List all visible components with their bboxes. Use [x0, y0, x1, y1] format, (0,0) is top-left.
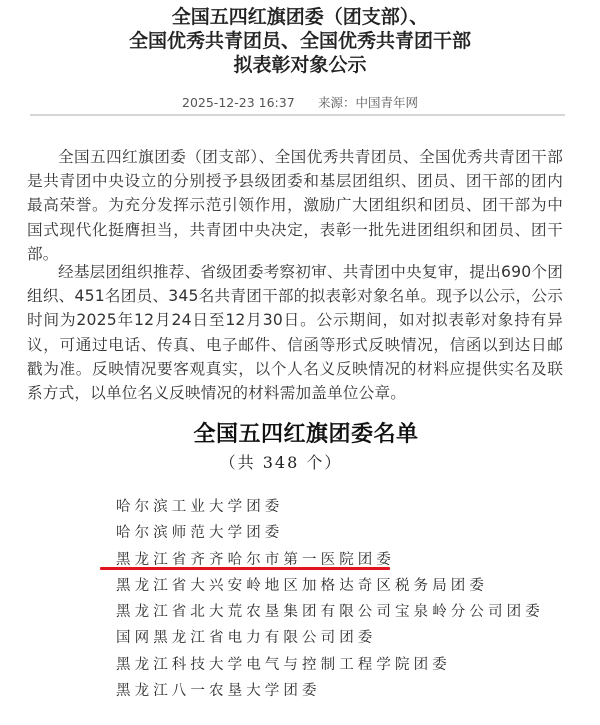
announcement-paragraph: 经基层团组织推荐、省级团委考察初审、共青团中央复审，提出690个团组织、451名… — [27, 260, 563, 405]
red-highlight-underline — [100, 567, 390, 570]
publish-datetime: 2025-12-23 16:37 — [182, 94, 295, 112]
list-item: 哈尔滨工业大学团委 — [116, 494, 544, 520]
title-line-2: 全国优秀共青团员、全国优秀共青团干部 — [0, 29, 600, 53]
list-heading: 全国五四红旗团委名单 — [0, 420, 600, 448]
title-line-1: 全国五四红旗团委（团支部）、 — [0, 5, 600, 29]
list-item: 黑龙江科技大学电气与控制工程学院团委 — [116, 652, 544, 678]
list-count: （共 348 个） — [0, 452, 562, 474]
article-source: 来源：中国青年网 — [318, 94, 418, 112]
intro-paragraph: 全国五四红旗团委（团支部）、全国优秀共青团员、全国优秀共青团干部是共青团中央设立… — [27, 145, 563, 266]
list-item: 黑龙江八一农垦大学团委 — [116, 678, 544, 704]
organization-list: 哈尔滨工业大学团委 哈尔滨师范大学团委 黑龙江省齐齐哈尔市第一医院团委 黑龙江省… — [116, 494, 544, 704]
article-meta: 2025-12-23 16:37 来源：中国青年网 — [0, 94, 600, 112]
list-item: 国网黑龙江省电力有限公司团委 — [116, 625, 544, 651]
title-divider — [30, 114, 565, 116]
title-line-3: 拟表彰对象公示 — [0, 53, 600, 77]
article-title: 全国五四红旗团委（团支部）、 全国优秀共青团员、全国优秀共青团干部 拟表彰对象公… — [0, 5, 600, 77]
list-item: 黑龙江省北大荒农垦集团有限公司宝泉岭分公司团委 — [116, 599, 544, 625]
list-item: 黑龙江省大兴安岭地区加格达奇区税务局团委 — [116, 573, 544, 599]
list-item: 哈尔滨师范大学团委 — [116, 520, 544, 546]
